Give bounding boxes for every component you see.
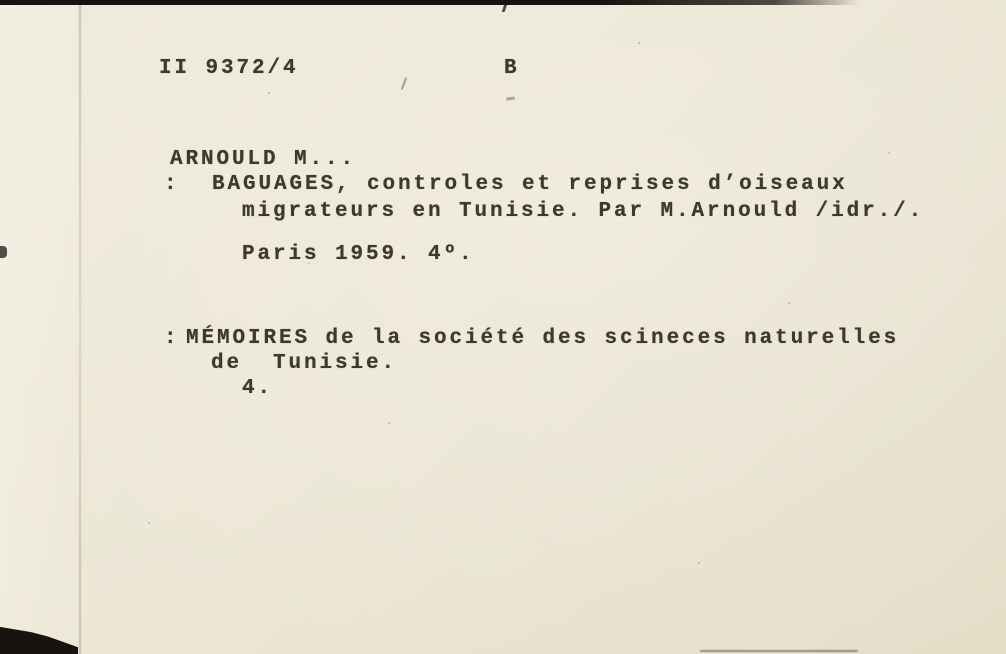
entry-title-line: BAGUAGES, controles et reprises d’oiseau… <box>212 174 848 195</box>
ink-smudge-dash <box>506 96 515 100</box>
paper-left-strip <box>0 0 80 654</box>
entry-title-line: migrateurs en Tunisie. Par M.Arnould /id… <box>242 201 924 222</box>
scan-artifact-left-speck <box>0 246 7 258</box>
paper-crease-line <box>79 2 81 654</box>
entry-marker: : <box>164 328 180 349</box>
scan-artifact-top-edge <box>0 0 860 5</box>
series-line: MÉMOIRES de la société des scineces natu… <box>186 328 899 349</box>
call-number: II 9372/4 <box>159 58 299 79</box>
entry-imprint-line: Paris 1959. 4º. <box>242 244 475 265</box>
series-line: de Tunisie. <box>211 353 397 374</box>
ink-smudge-mark <box>401 77 407 90</box>
scan-artifact-bottom-line <box>700 650 858 652</box>
scan-artifact-top-tick <box>502 4 508 12</box>
author-heading: ARNOULD M... <box>170 149 356 170</box>
entry-marker: : <box>164 174 180 195</box>
paper-grain-specks <box>268 92 270 94</box>
catalog-card-scan: II 9372/4 B ARNOULD M... : BAGUAGES, con… <box>0 0 1006 654</box>
section-letter: B <box>504 58 520 79</box>
series-volume: 4. <box>242 378 273 399</box>
